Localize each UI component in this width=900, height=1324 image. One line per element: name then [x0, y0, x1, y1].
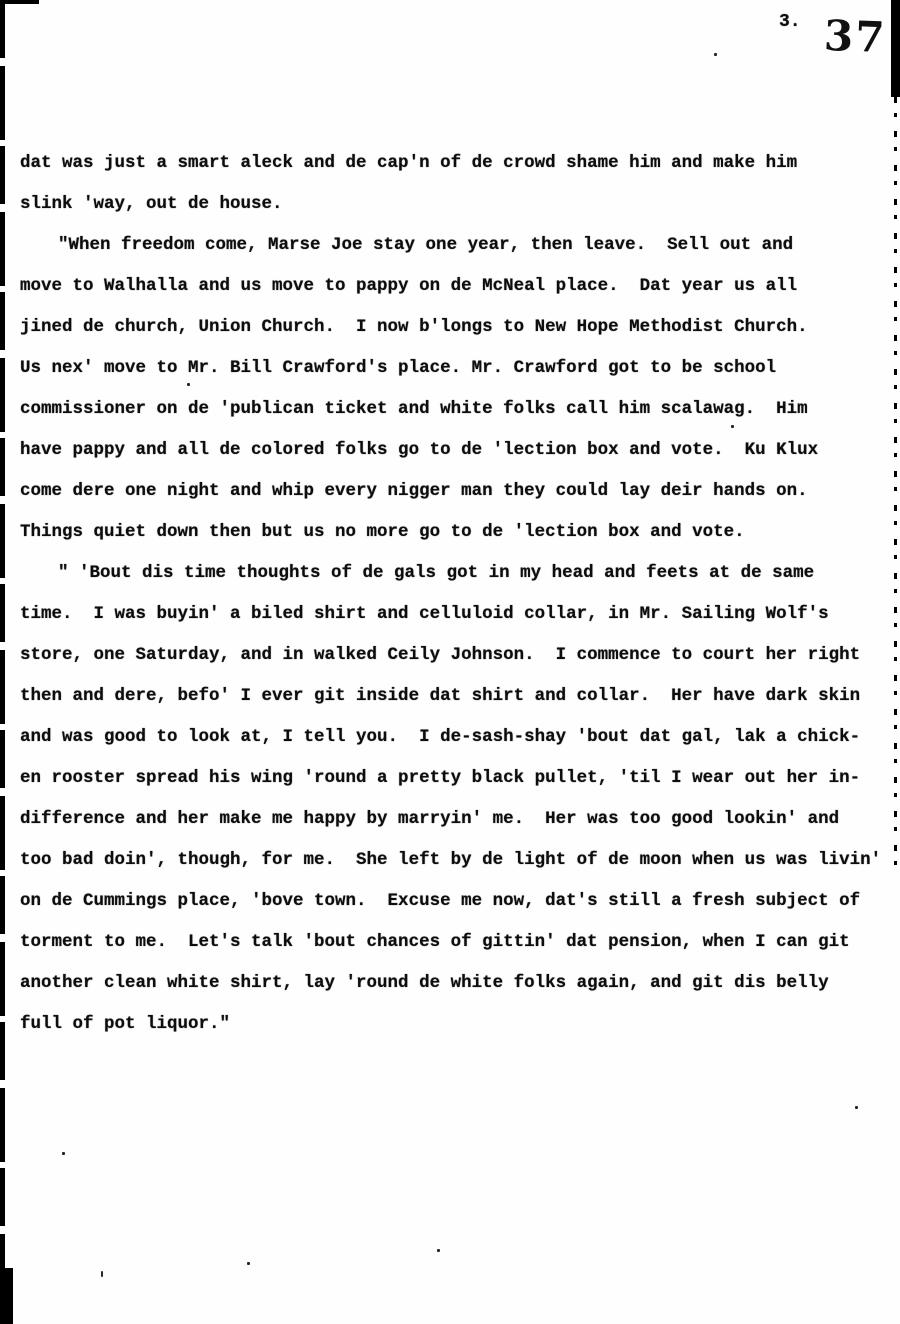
typed-line: slink 'way, out de house.: [20, 184, 886, 225]
scanned-document-page: 3. 37 dat was just a smart aleck and de …: [0, 0, 900, 1324]
typed-line: torment to me. Let's talk 'bout chances …: [20, 922, 886, 963]
ink-speck: [714, 53, 717, 56]
ink-speck: [855, 1106, 858, 1109]
typed-line: full of pot liquor.": [20, 1004, 886, 1045]
scan-edge-artifact-right: [894, 97, 897, 867]
scan-edge-artifact-left: [0, 0, 5, 1324]
narrative-text: dat was just a smart aleck and de cap'n …: [20, 143, 886, 1045]
scan-corner-artifact-top-right: [891, 0, 900, 97]
typed-page-number: 3.: [779, 12, 801, 32]
typed-line: dat was just a smart aleck and de cap'n …: [20, 143, 886, 184]
typed-line: jined de church, Union Church. I now b'l…: [20, 307, 886, 348]
typed-line: too bad doin', though, for me. She left …: [20, 840, 886, 881]
ink-speck: [62, 1152, 65, 1155]
handwritten-page-number: 37: [823, 11, 887, 62]
ink-speck: [101, 1271, 103, 1277]
scan-edge-artifact-top-left: [5, 0, 39, 4]
typed-line: " 'Bout dis time thoughts of de gals got…: [20, 553, 886, 594]
typed-line: Things quiet down then but us no more go…: [20, 512, 886, 553]
typed-line: commissioner on de 'publican ticket and …: [20, 389, 886, 430]
typed-line: then and dere, befo' I ever git inside d…: [20, 676, 886, 717]
typed-line: time. I was buyin' a biled shirt and cel…: [20, 594, 886, 635]
typed-line: store, one Saturday, and in walked Ceily…: [20, 635, 886, 676]
typed-line: come dere one night and whip every nigge…: [20, 471, 886, 512]
ink-speck: [247, 1262, 250, 1265]
typed-line: Us nex' move to Mr. Bill Crawford's plac…: [20, 348, 886, 389]
ink-speck: [437, 1249, 440, 1252]
typed-line: "When freedom come, Marse Joe stay one y…: [20, 225, 886, 266]
typed-line: another clean white shirt, lay 'round de…: [20, 963, 886, 1004]
typed-line: en rooster spread his wing 'round a pret…: [20, 758, 886, 799]
typed-line: difference and her make me happy by marr…: [20, 799, 886, 840]
scan-corner-artifact-bottom-left: [0, 1268, 13, 1324]
typed-line: have pappy and all de colored folks go t…: [20, 430, 886, 471]
typed-line: on de Cummings place, 'bove town. Excuse…: [20, 881, 886, 922]
typed-line: and was good to look at, I tell you. I d…: [20, 717, 886, 758]
typed-line: move to Walhalla and us move to pappy on…: [20, 266, 886, 307]
